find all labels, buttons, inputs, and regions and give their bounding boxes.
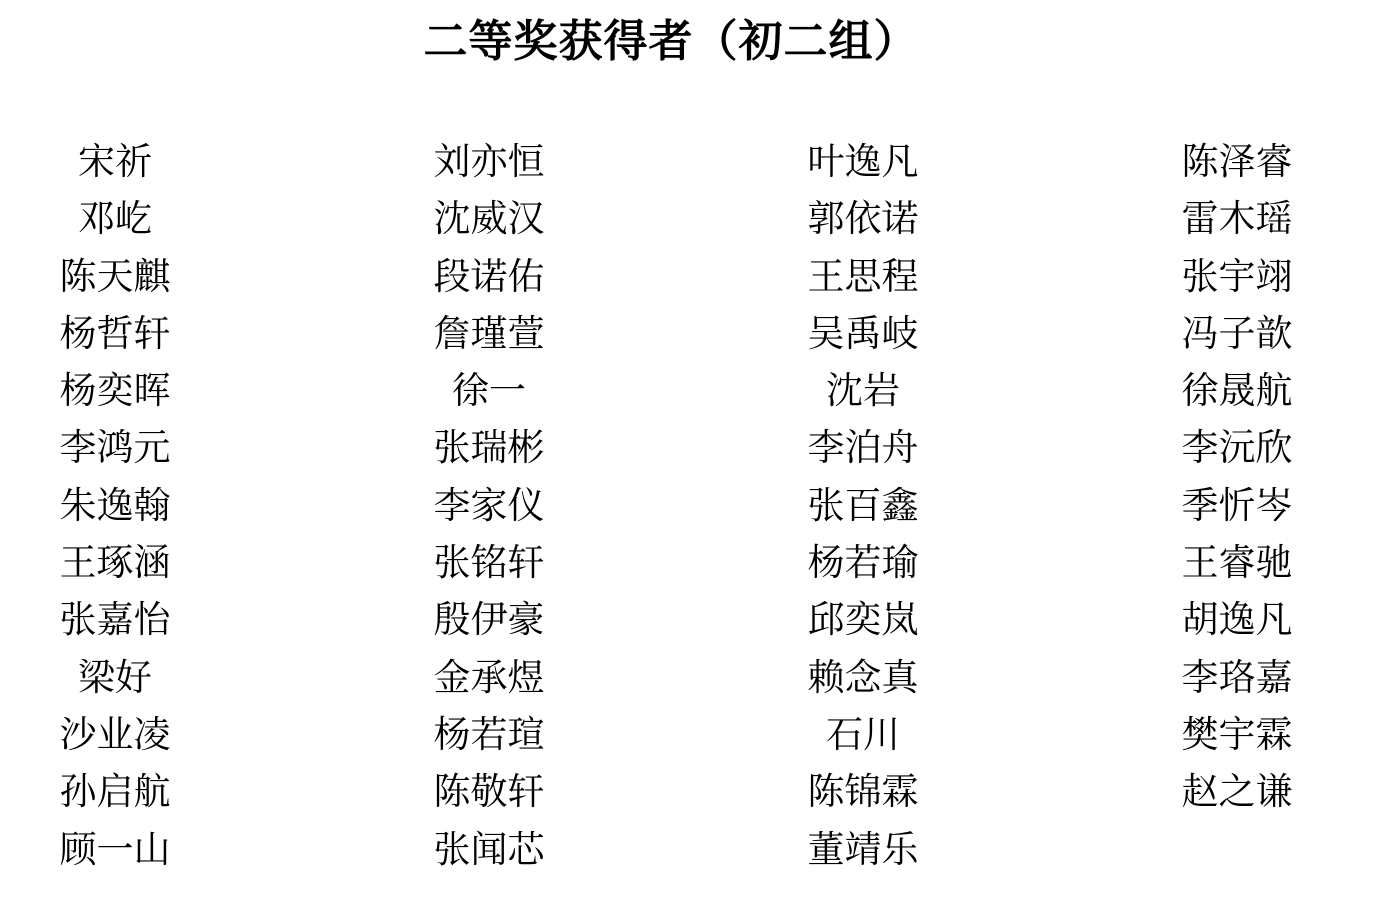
winner-name: 徐晟航 [1122,363,1352,420]
winner-name: 杨奕晖 [0,363,230,420]
page-title: 二等奖获得者（初二组） [0,0,1380,68]
winner-name: 郭依诺 [748,191,978,248]
winner-name: 叶逸凡 [748,134,978,191]
winner-name: 陈敬轩 [374,764,604,821]
winner-name: 沈威汉 [374,191,604,248]
winner-name: 杨若瑜 [748,535,978,592]
winner-name: 吴禹岐 [748,306,978,363]
winner-name: 李泊舟 [748,420,978,477]
winner-name: 陈泽睿 [1122,134,1352,191]
winner-name: 陈锦霖 [748,764,978,821]
winner-name: 刘亦恒 [374,134,604,191]
winner-name: 李沅欣 [1122,420,1352,477]
winner-name: 顾一山 [0,822,230,879]
winner-name: 石川 [748,707,978,764]
winner-name: 张宇翊 [1122,249,1352,306]
winner-name: 徐一 [374,363,604,420]
winner-name: 张瑞彬 [374,420,604,477]
winner-name: 孙启航 [0,764,230,821]
winner-name: 段诺佑 [374,249,604,306]
winner-name: 詹瑾萱 [374,306,604,363]
winner-name: 沙业凌 [0,707,230,764]
winner-name: 杨若瑄 [374,707,604,764]
winner-name: 宋祈 [0,134,230,191]
winner-name: 李鸿元 [0,420,230,477]
winner-name: 王琢涵 [0,535,230,592]
winner-name: 沈岩 [748,363,978,420]
winner-name: 张闻芯 [374,822,604,879]
winner-name: 赵之谦 [1122,764,1352,821]
winner-name: 樊宇霖 [1122,707,1352,764]
winner-name: 邓屹 [0,191,230,248]
winner-name: 殷伊豪 [374,592,604,649]
winner-name: 胡逸凡 [1122,592,1352,649]
document-page: 二等奖获得者（初二组） 宋祈 刘亦恒 叶逸凡 陈泽睿 邓屹 沈威汉 郭依诺 雷木… [0,0,1380,904]
winner-name: 赖念真 [748,650,978,707]
winner-name: 季忻岑 [1122,478,1352,535]
winner-name: 张百鑫 [748,478,978,535]
winner-name: 金承煜 [374,650,604,707]
winner-name: 陈天麒 [0,249,230,306]
winner-name: 王睿驰 [1122,535,1352,592]
winner-name: 张嘉怡 [0,592,230,649]
winner-name: 李珞嘉 [1122,650,1352,707]
winner-name: 梁好 [0,650,230,707]
winner-name: 杨哲轩 [0,306,230,363]
winner-name: 朱逸翰 [0,478,230,535]
winner-name: 张铭轩 [374,535,604,592]
winner-name-empty [1122,822,1352,879]
winner-name: 王思程 [748,249,978,306]
winner-name: 雷木瑶 [1122,191,1352,248]
winner-name: 李家仪 [374,478,604,535]
winner-name-grid: 宋祈 刘亦恒 叶逸凡 陈泽睿 邓屹 沈威汉 郭依诺 雷木瑶 陈天麒 段诺佑 王思… [0,134,1380,879]
winner-name: 董靖乐 [748,822,978,879]
winner-name: 冯子歆 [1122,306,1352,363]
winner-name: 邱奕岚 [748,592,978,649]
